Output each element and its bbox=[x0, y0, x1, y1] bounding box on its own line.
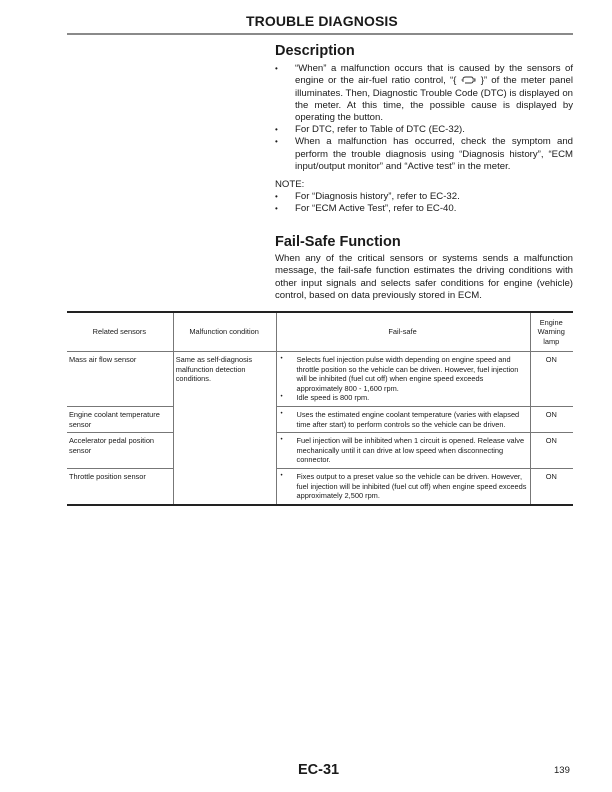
failsafe-paragraph: When any of the critical sensors or syst… bbox=[275, 253, 573, 302]
table-header-row: Related sensors Malfunction condition Fa… bbox=[67, 312, 573, 352]
table-row: Mass air flow sensor Same as self-diagno… bbox=[67, 352, 573, 407]
failsafe-bullet: Selects fuel injection pulse width depen… bbox=[279, 355, 527, 393]
table-row: Engine coolant temperature sensor Uses t… bbox=[67, 406, 573, 432]
section-code: EC-31 bbox=[298, 762, 339, 778]
failsafe-bullet: Uses the estimated engine coolant temper… bbox=[279, 410, 527, 429]
failsafe-bullet: Idle speed is 800 rpm. bbox=[279, 393, 527, 403]
page-number: 139 bbox=[554, 765, 570, 776]
note-label: NOTE: bbox=[275, 179, 573, 191]
failsafe-cell: Fixes output to a preset value so the ve… bbox=[276, 468, 530, 504]
description-bullets: “When” a malfunction occurs that is caus… bbox=[275, 63, 573, 173]
failsafe-cell: Uses the estimated engine coolant temper… bbox=[276, 406, 530, 432]
failsafe-bullet: Fuel injection will be inhibited when 1 … bbox=[279, 436, 527, 465]
note-item: For “ECM Active Test”, refer to EC-40. bbox=[275, 203, 573, 215]
failsafe-cell: Fuel injection will be inhibited when 1 … bbox=[276, 433, 530, 469]
page-header-title: TROUBLE DIAGNOSIS bbox=[246, 13, 398, 29]
malfunction-condition-cell: Same as self-diagnosis malfunction detec… bbox=[173, 352, 276, 505]
description-section: Description “When” a malfunction occurs … bbox=[275, 45, 573, 216]
failsafe-table: Related sensors Malfunction condition Fa… bbox=[67, 311, 573, 506]
column-header-malfunction-condition: Malfunction condition bbox=[173, 312, 276, 352]
malfunction-indicator-lamp-icon bbox=[461, 76, 477, 84]
note-list: For “Diagnosis history”, refer to EC-32.… bbox=[275, 191, 573, 215]
column-header-engine-warning-lamp: Engine Warning lamp bbox=[530, 312, 573, 352]
failsafe-bullet: Fixes output to a preset value so the ve… bbox=[279, 472, 527, 501]
lamp-cell: ON bbox=[530, 468, 573, 504]
description-bullet: “When” a malfunction occurs that is caus… bbox=[275, 63, 573, 124]
sensor-cell: Accelerator pedal position sensor bbox=[67, 433, 173, 469]
column-header-fail-safe: Fail-safe bbox=[276, 312, 530, 352]
lamp-cell: ON bbox=[530, 352, 573, 407]
lamp-cell: ON bbox=[530, 406, 573, 432]
table-row: Accelerator pedal position sensor Fuel i… bbox=[67, 433, 573, 469]
description-heading: Description bbox=[275, 45, 573, 57]
sensor-cell: Engine coolant temperature sensor bbox=[67, 406, 173, 432]
failsafe-section: Fail-Safe Function When any of the criti… bbox=[275, 236, 573, 302]
description-bullet: When a malfunction has occurred, check t… bbox=[275, 136, 573, 173]
failsafe-cell: Selects fuel injection pulse width depen… bbox=[276, 352, 530, 407]
failsafe-heading: Fail-Safe Function bbox=[275, 236, 573, 248]
column-header-related-sensors: Related sensors bbox=[67, 312, 173, 352]
sensor-cell: Throttle position sensor bbox=[67, 468, 173, 504]
note-item: For “Diagnosis history”, refer to EC-32. bbox=[275, 191, 573, 203]
table-row: Throttle position sensor Fixes output to… bbox=[67, 468, 573, 504]
lamp-cell: ON bbox=[530, 433, 573, 469]
header-rule bbox=[67, 33, 573, 35]
description-bullet: For DTC, refer to Table of DTC (EC-32). bbox=[275, 124, 573, 136]
sensor-cell: Mass air flow sensor bbox=[67, 352, 173, 407]
